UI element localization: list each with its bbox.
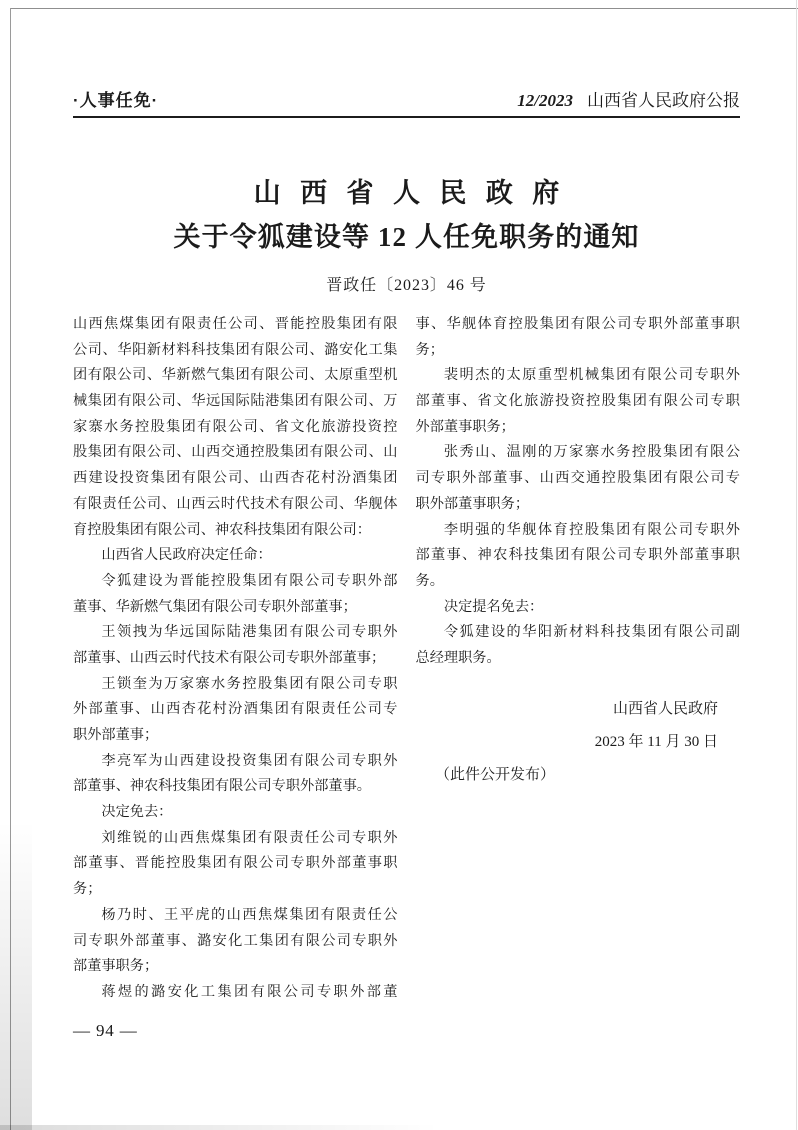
text-line: 司专职外部董事、潞安化工集团有限公司专职外 [73,929,398,955]
right-column: 事、华舰体育控股集团有限公司专职外部董事职务；裴明杰的太原重型机械集团有限公司专… [416,312,741,1006]
text-line: 杨乃时、王平虎的山西焦煤集团有限责任公 [73,903,398,929]
page-edge-top [10,8,798,9]
text-line: 家寨水务控股集团有限公司、省文化旅游投资控 [73,415,398,441]
text-line: 部董事、山西云时代技术有限公司专职外部董事； [73,646,398,672]
signature-date: 2023 年 11 月 30 日 [416,726,741,759]
text-line: 王锁奎为万家寨水务控股集团有限公司专职 [73,672,398,698]
text-line: 团有限公司、华新燃气集团有限公司、太原重型机 [73,363,398,389]
page-edge-right [796,0,797,1130]
text-line: 部董事职务； [73,954,398,980]
page-content: ·人事任免· 12/2023山西省人民政府公报 山西省人民政府 关于令狐建设等 … [0,0,798,1041]
text-line: 公司、华阳新材料科技集团有限公司、潞安化工集 [73,338,398,364]
text-line: 西建设投资集团有限公司、山西杏花村汾酒集团 [73,466,398,492]
right-column-lines: 事、华舰体育控股集团有限公司专职外部董事职务；裴明杰的太原重型机械集团有限公司专… [416,312,741,672]
text-line: 总经理职务。 [416,646,741,672]
text-line: 育控股集团有限公司、神农科技集团有限公司： [73,518,398,544]
text-line: 张秀山、温刚的万家寨水务控股集团有限公 [416,440,741,466]
gazette-page: ·人事任免· 12/2023山西省人民政府公报 山西省人民政府 关于令狐建设等 … [0,0,798,1130]
text-line: 股集团有限公司、山西交通控股集团有限公司、山 [73,440,398,466]
text-line: 李明强的华舰体育控股集团有限公司专职外 [416,518,741,544]
text-line: 职外部董事； [73,723,398,749]
page-number: — 94 — [73,1021,740,1041]
text-line: 山西省人民政府决定任命： [73,543,398,569]
section-label: ·人事任免· [73,86,158,111]
left-column: 山西焦煤集团有限责任公司、晋能控股集团有限公司、华阳新材料科技集团有限公司、潞安… [73,312,398,1006]
text-line: 部董事、晋能控股集团有限公司专职外部董事职 [73,851,398,877]
doc-number: 晋政任〔2023〕46 号 [73,272,740,295]
text-line: 外部董事、山西杏花村汾酒集团有限责任公司专 [73,697,398,723]
text-line: 务； [73,877,398,903]
text-line: 山西焦煤集团有限责任公司、晋能控股集团有限 [73,312,398,338]
text-line: 司专职外部董事、山西交通控股集团有限公司专 [416,466,741,492]
text-line: 决定免去： [73,800,398,826]
text-line: 令狐建设为晋能控股集团有限公司专职外部 [73,569,398,595]
scan-shadow-left [0,820,32,1130]
doc-title-org: 山西省人民政府 [73,176,740,210]
text-line: 械集团有限公司、华远国际陆港集团有限公司、万 [73,389,398,415]
publication-note: （此件公开发布） [416,759,741,792]
body-columns: 山西焦煤集团有限责任公司、晋能控股集团有限公司、华阳新材料科技集团有限公司、潞安… [73,312,740,1006]
text-line: 务。 [416,569,741,595]
text-line: 部董事、神农科技集团有限公司专职外部董事职 [416,543,741,569]
journal-masthead: 12/2023山西省人民政府公报 [517,86,740,111]
text-line: 董事、华新燃气集团有限公司专职外部董事； [73,595,398,621]
text-line: 李亮军为山西建设投资集团有限公司专职外 [73,749,398,775]
journal-title: 山西省人民政府公报 [587,91,740,110]
text-line: 部董事、神农科技集团有限公司专职外部董事。 [73,774,398,800]
text-line: 职外部董事职务； [416,492,741,518]
text-line: 外部董事职务； [416,415,741,441]
text-line: 王领拽为华远国际陆港集团有限公司专职外 [73,620,398,646]
text-line: 务； [416,338,741,364]
page-header: ·人事任免· 12/2023山西省人民政府公报 [73,0,740,111]
text-line: 刘维锐的山西焦煤集团有限责任公司专职外 [73,826,398,852]
text-line: 令狐建设的华阳新材料科技集团有限公司副 [416,620,741,646]
text-line: 部董事、省文化旅游投资控股集团有限公司专职 [416,389,741,415]
issue-number: 12/2023 [517,91,573,110]
scan-shadow-bottom [0,1125,439,1130]
text-line: 有限责任公司、山西云时代技术有限公司、华舰体 [73,492,398,518]
doc-title-subject: 关于令狐建设等 12 人任免职务的通知 [73,219,740,255]
signature-block: 山西省人民政府 2023 年 11 月 30 日 （此件公开发布） [416,693,741,792]
text-line: 事、华舰体育控股集团有限公司专职外部董事职 [416,312,741,338]
text-line: 裴明杰的太原重型机械集团有限公司专职外 [416,363,741,389]
header-rule [73,116,740,118]
text-line: 决定提名免去： [416,595,741,621]
signature-signer: 山西省人民政府 [416,693,741,726]
text-line: 蒋煜的潞安化工集团有限公司专职外部董 [73,980,398,1006]
